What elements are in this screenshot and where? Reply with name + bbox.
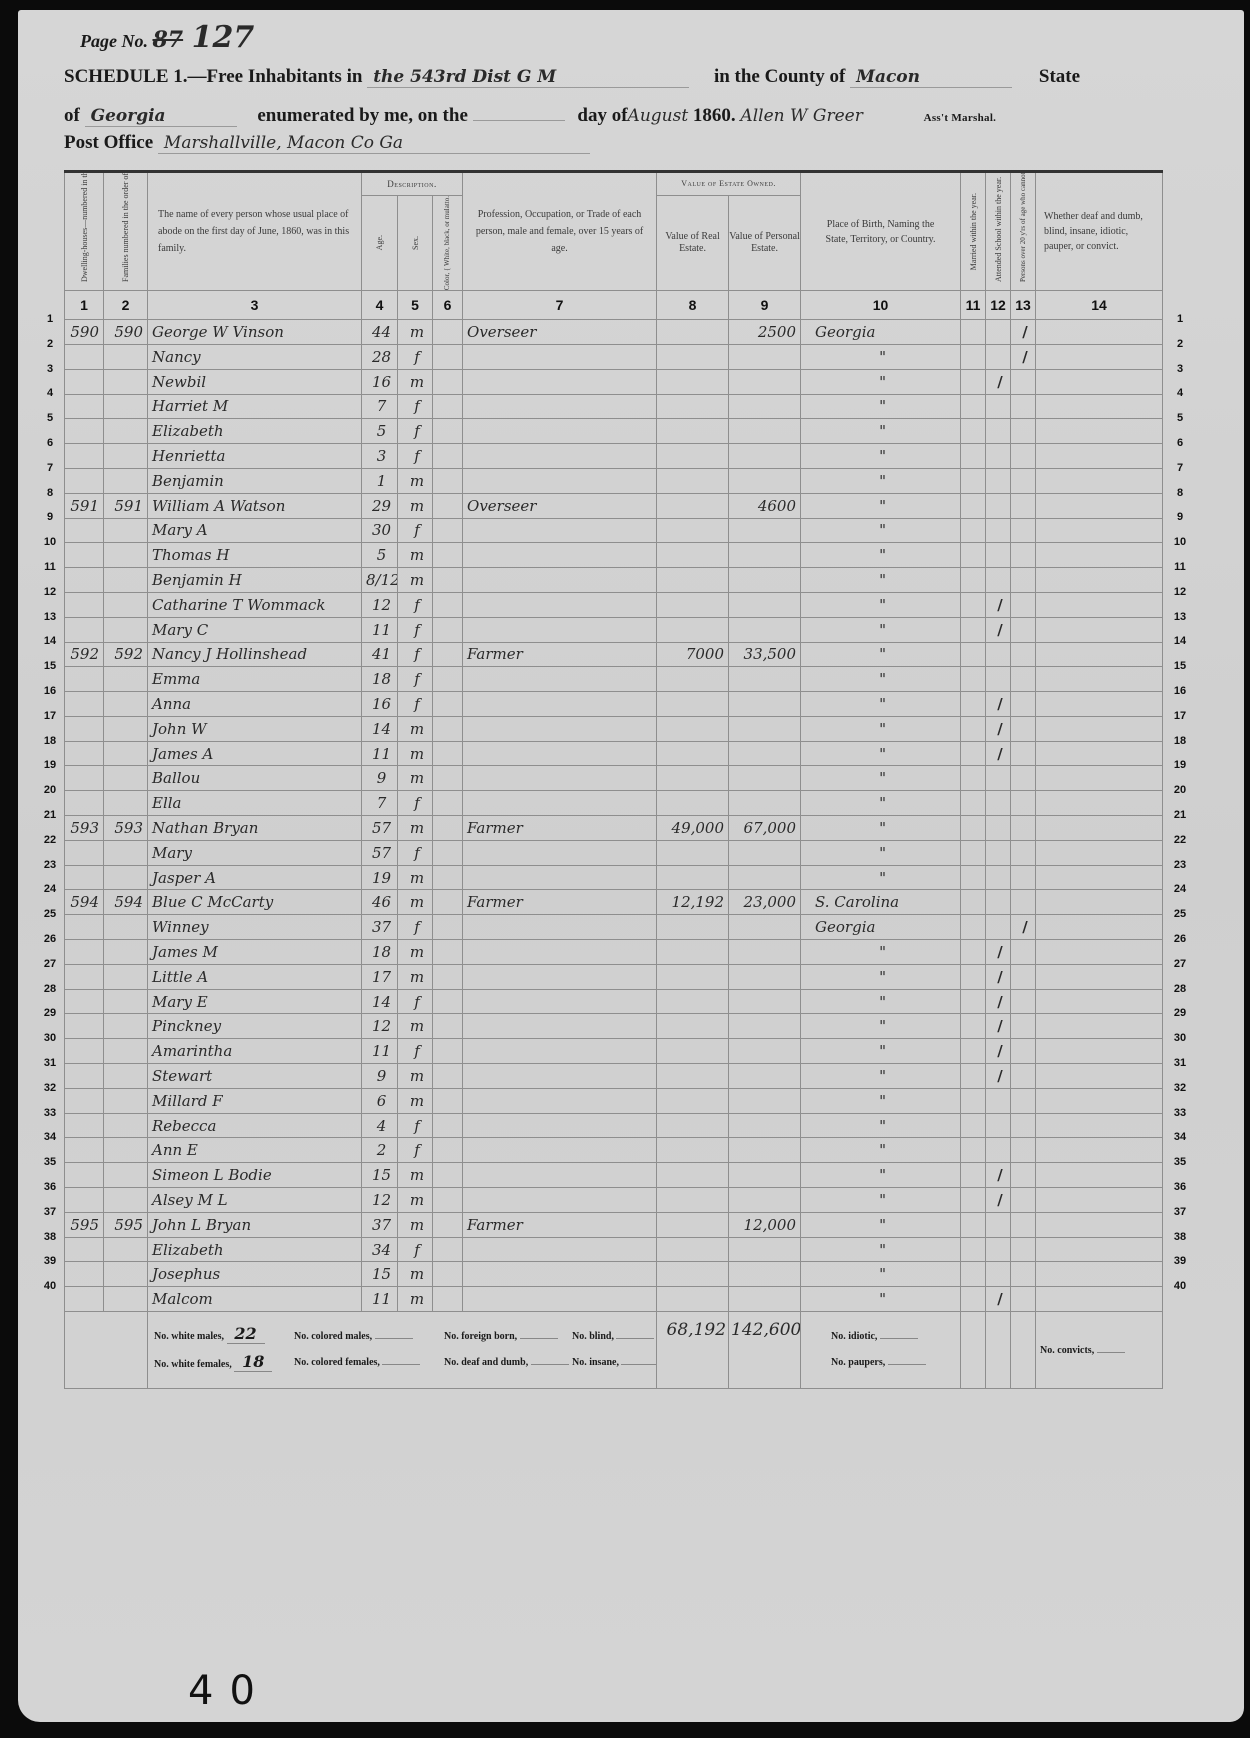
line-number: 9 <box>1168 511 1192 523</box>
birthplace: " <box>801 1237 961 1262</box>
occupation <box>463 543 657 568</box>
line-number: 32 <box>38 1082 62 1094</box>
family-number <box>104 964 148 989</box>
personal-estate-value <box>729 1138 801 1163</box>
attended-school: / <box>986 1163 1011 1188</box>
attended-school <box>986 1262 1011 1287</box>
birthplace: " <box>801 642 961 667</box>
birthplace: " <box>801 692 961 717</box>
occupation <box>463 1163 657 1188</box>
occupation <box>463 1039 657 1064</box>
real-estate-value <box>657 1088 729 1113</box>
cannot-read-write <box>1011 419 1036 444</box>
real-estate-value <box>657 592 729 617</box>
real-estate-value <box>657 518 729 543</box>
family-number <box>104 1237 148 1262</box>
dwelling-number <box>65 667 104 692</box>
disability <box>1036 642 1163 667</box>
foreign-born-label: No. foreign born, <box>444 1331 517 1342</box>
disability <box>1036 1014 1163 1039</box>
census-row: Malcom11m"/ <box>65 1287 1163 1312</box>
disability <box>1036 344 1163 369</box>
col-group-description: Description. <box>362 172 463 196</box>
personal-estate-value <box>729 1113 801 1138</box>
line-number: 4 <box>38 387 62 399</box>
line-number: 25 <box>38 908 62 920</box>
attended-school <box>986 642 1011 667</box>
line-number: 16 <box>1168 685 1192 697</box>
married-within-year <box>961 1163 986 1188</box>
real-estate-value <box>657 617 729 642</box>
birthplace: " <box>801 1039 961 1064</box>
sex: f <box>398 344 433 369</box>
birthplace: " <box>801 468 961 493</box>
age: 4 <box>362 1113 398 1138</box>
page-number: Page No. 87 127 <box>80 20 254 55</box>
real-estate-value <box>657 568 729 593</box>
person-name: Ballou <box>148 766 362 791</box>
dwelling-number <box>65 518 104 543</box>
line-number: 19 <box>38 759 62 771</box>
disability <box>1036 617 1163 642</box>
age: 37 <box>362 1212 398 1237</box>
disability <box>1036 592 1163 617</box>
column-number: 2 <box>104 291 148 320</box>
sex: m <box>398 568 433 593</box>
page-number-value: 127 <box>192 20 255 55</box>
line-number: 6 <box>1168 437 1192 449</box>
age: 11 <box>362 741 398 766</box>
personal-estate-value <box>729 1088 801 1113</box>
census-row: Mary57f" <box>65 840 1163 865</box>
sex: f <box>398 444 433 469</box>
family-number <box>104 692 148 717</box>
col-header-family: Families numbered in the order of visita… <box>104 172 148 291</box>
census-row: Ann E2f" <box>65 1138 1163 1163</box>
dwelling-number <box>65 1088 104 1113</box>
birthplace: " <box>801 1188 961 1213</box>
line-number: 35 <box>1168 1156 1192 1168</box>
white-females-count: 18 <box>234 1352 272 1372</box>
age: 18 <box>362 940 398 965</box>
sex: f <box>398 1113 433 1138</box>
attended-school <box>986 816 1011 841</box>
occupation <box>463 692 657 717</box>
col-header-married: Married within the year. <box>961 172 986 291</box>
attended-school <box>986 840 1011 865</box>
age: 5 <box>362 419 398 444</box>
birthplace: S. Carolina <box>801 890 961 915</box>
age: 15 <box>362 1262 398 1287</box>
disability <box>1036 915 1163 940</box>
handwritten-count-note: 40 <box>188 1668 271 1714</box>
person-name: Mary E <box>148 989 362 1014</box>
col-header-disability: Whether deaf and dumb, blind, insane, id… <box>1036 172 1163 291</box>
line-number: 36 <box>1168 1181 1192 1193</box>
white-males-count: 22 <box>227 1324 265 1344</box>
attended-school <box>986 766 1011 791</box>
birthplace: " <box>801 1113 961 1138</box>
family-number <box>104 716 148 741</box>
birthplace: " <box>801 1287 961 1312</box>
age: 28 <box>362 344 398 369</box>
sex: m <box>398 940 433 965</box>
color <box>433 568 463 593</box>
real-estate-value <box>657 716 729 741</box>
color <box>433 915 463 940</box>
line-number: 10 <box>1168 536 1192 548</box>
age: 8/12 <box>362 568 398 593</box>
age: 11 <box>362 617 398 642</box>
real-estate-value <box>657 865 729 890</box>
occupation <box>463 766 657 791</box>
census-row: Mary A30f" <box>65 518 1163 543</box>
line-number: 24 <box>38 883 62 895</box>
cannot-read-write <box>1011 493 1036 518</box>
age: 57 <box>362 840 398 865</box>
married-within-year <box>961 940 986 965</box>
personal-estate-value <box>729 419 801 444</box>
census-row: Simeon L Bodie15m"/ <box>65 1163 1163 1188</box>
family-number <box>104 568 148 593</box>
real-estate-value <box>657 1113 729 1138</box>
married-within-year <box>961 989 986 1014</box>
person-name: Henrietta <box>148 444 362 469</box>
family-number <box>104 468 148 493</box>
idiotic-label: No. idiotic, <box>831 1331 877 1342</box>
real-estate-value <box>657 692 729 717</box>
birthplace: " <box>801 617 961 642</box>
census-row: 590590George W Vinson44mOverseer2500Geor… <box>65 320 1163 345</box>
family-number: 595 <box>104 1212 148 1237</box>
person-name: Harriet M <box>148 394 362 419</box>
attended-school <box>986 320 1011 345</box>
attended-school <box>986 1237 1011 1262</box>
line-number: 7 <box>38 462 62 474</box>
enumerated-label: enumerated by me, on the <box>257 105 468 126</box>
disability <box>1036 518 1163 543</box>
family-number: 591 <box>104 493 148 518</box>
cannot-read-write: / <box>1011 320 1036 345</box>
state-field: Georgia <box>85 106 237 127</box>
family-number <box>104 444 148 469</box>
census-row: Ella7f" <box>65 791 1163 816</box>
line-number: 13 <box>38 611 62 623</box>
occupation <box>463 865 657 890</box>
dwelling-number <box>65 1138 104 1163</box>
birthplace: " <box>801 1088 961 1113</box>
occupation <box>463 1064 657 1089</box>
dwelling-number: 592 <box>65 642 104 667</box>
dwelling-number <box>65 840 104 865</box>
married-within-year <box>961 915 986 940</box>
line-number: 19 <box>1168 759 1192 771</box>
line-number: 23 <box>38 859 62 871</box>
personal-estate-value: 33,500 <box>729 642 801 667</box>
color <box>433 617 463 642</box>
census-row: Mary E14f"/ <box>65 989 1163 1014</box>
birthplace: " <box>801 1014 961 1039</box>
cannot-read-write <box>1011 840 1036 865</box>
person-name: Mary <box>148 840 362 865</box>
family-number <box>104 1014 148 1039</box>
married-within-year <box>961 766 986 791</box>
birthplace: " <box>801 543 961 568</box>
line-number: 16 <box>38 685 62 697</box>
occupation <box>463 989 657 1014</box>
dwelling-number <box>65 1237 104 1262</box>
family-number <box>104 667 148 692</box>
line-number: 14 <box>1168 635 1192 647</box>
occupation <box>463 1138 657 1163</box>
colored-males-label: No. colored males, <box>294 1331 372 1342</box>
col-group-estate: Value of Estate Owned. <box>657 172 801 196</box>
cannot-read-write: / <box>1011 915 1036 940</box>
person-name: Jasper A <box>148 865 362 890</box>
real-estate-value <box>657 791 729 816</box>
post-office-label: Post Office <box>64 132 153 153</box>
post-office-line: Post Office Marshallville, Macon Co Ga <box>64 132 590 154</box>
disability <box>1036 1113 1163 1138</box>
disability <box>1036 791 1163 816</box>
line-number: 22 <box>38 834 62 846</box>
married-within-year <box>961 1262 986 1287</box>
disability <box>1036 1237 1163 1262</box>
cannot-read-write <box>1011 1237 1036 1262</box>
person-name: Elizabeth <box>148 1237 362 1262</box>
color <box>433 816 463 841</box>
color <box>433 1287 463 1312</box>
birthplace: " <box>801 840 961 865</box>
line-number: 34 <box>38 1131 62 1143</box>
person-name: Nathan Bryan <box>148 816 362 841</box>
line-number: 40 <box>38 1280 62 1292</box>
birthplace: " <box>801 816 961 841</box>
sex: m <box>398 1088 433 1113</box>
occupation <box>463 617 657 642</box>
post-office-field: Marshallville, Macon Co Ga <box>158 133 590 154</box>
married-within-year <box>961 667 986 692</box>
sex: f <box>398 1237 433 1262</box>
married-within-year <box>961 1138 986 1163</box>
color <box>433 493 463 518</box>
person-name: Anna <box>148 692 362 717</box>
census-row: Elizabeth34f" <box>65 1237 1163 1262</box>
page-number-struck: 87 <box>152 27 183 53</box>
cannot-read-write <box>1011 964 1036 989</box>
dwelling-number <box>65 1064 104 1089</box>
birthplace: Georgia <box>801 915 961 940</box>
color <box>433 1262 463 1287</box>
birthplace: " <box>801 716 961 741</box>
column-number: 11 <box>961 291 986 320</box>
age: 12 <box>362 1014 398 1039</box>
sex: m <box>398 493 433 518</box>
birthplace: " <box>801 865 961 890</box>
cannot-read-write <box>1011 1064 1036 1089</box>
married-within-year <box>961 444 986 469</box>
attended-school: / <box>986 964 1011 989</box>
age: 34 <box>362 1237 398 1262</box>
disability <box>1036 1039 1163 1064</box>
disability <box>1036 1088 1163 1113</box>
disability <box>1036 320 1163 345</box>
real-estate-value: 7000 <box>657 642 729 667</box>
line-number: 24 <box>1168 883 1192 895</box>
sex: m <box>398 1188 433 1213</box>
married-within-year <box>961 865 986 890</box>
birthplace: " <box>801 394 961 419</box>
real-estate-value <box>657 1237 729 1262</box>
blind-label: No. blind, <box>572 1331 614 1342</box>
attended-school: / <box>986 940 1011 965</box>
person-name: Emma <box>148 667 362 692</box>
sex: m <box>398 964 433 989</box>
color <box>433 468 463 493</box>
color <box>433 791 463 816</box>
married-within-year <box>961 1237 986 1262</box>
color <box>433 592 463 617</box>
married-within-year <box>961 716 986 741</box>
occupation: Farmer <box>463 816 657 841</box>
col-header-color: Color, { White, black, or mulatto. <box>433 196 463 291</box>
census-row: Newbil16m"/ <box>65 369 1163 394</box>
line-number: 10 <box>38 536 62 548</box>
line-number: 39 <box>1168 1255 1192 1267</box>
disability <box>1036 840 1163 865</box>
married-within-year <box>961 816 986 841</box>
cannot-read-write <box>1011 1212 1036 1237</box>
disability <box>1036 1287 1163 1312</box>
occupation <box>463 1237 657 1262</box>
census-row: Elizabeth5f" <box>65 419 1163 444</box>
color <box>433 1163 463 1188</box>
attended-school <box>986 865 1011 890</box>
birthplace: " <box>801 568 961 593</box>
line-number: 29 <box>1168 1007 1192 1019</box>
day-of-label: day of <box>577 105 627 126</box>
census-table: Dwelling-houses—numbered in the order of… <box>64 170 1163 1389</box>
birthplace: " <box>801 444 961 469</box>
age: 46 <box>362 890 398 915</box>
person-name: Amarintha <box>148 1039 362 1064</box>
dwelling-number <box>65 940 104 965</box>
cannot-read-write <box>1011 667 1036 692</box>
real-estate-value <box>657 543 729 568</box>
real-estate-value <box>657 1014 729 1039</box>
dwelling-number <box>65 741 104 766</box>
cannot-read-write <box>1011 1088 1036 1113</box>
cannot-read-write <box>1011 1262 1036 1287</box>
line-number: 18 <box>38 735 62 747</box>
disability <box>1036 890 1163 915</box>
color <box>433 344 463 369</box>
column-number: 13 <box>1011 291 1036 320</box>
disability <box>1036 419 1163 444</box>
summary-convicts: No. convicts, <box>1036 1312 1163 1389</box>
real-estate-value <box>657 320 729 345</box>
age: 7 <box>362 394 398 419</box>
personal-estate-value <box>729 1014 801 1039</box>
birthplace: " <box>801 592 961 617</box>
family-number <box>104 1287 148 1312</box>
color <box>433 989 463 1014</box>
attended-school: / <box>986 716 1011 741</box>
age: 11 <box>362 1287 398 1312</box>
sex: f <box>398 617 433 642</box>
family-number: 590 <box>104 320 148 345</box>
census-row: Rebecca4f" <box>65 1113 1163 1138</box>
married-within-year <box>961 518 986 543</box>
col-header-sex: Sex. <box>398 196 433 291</box>
attended-school <box>986 791 1011 816</box>
col-header-dwelling: Dwelling-houses—numbered in the order of… <box>65 172 104 291</box>
summary-counts: No. white males, 22 No. white females, 1… <box>148 1312 657 1389</box>
married-within-year <box>961 543 986 568</box>
attended-school <box>986 667 1011 692</box>
personal-estate-value <box>729 1064 801 1089</box>
real-estate-value <box>657 964 729 989</box>
line-number: 22 <box>1168 834 1192 846</box>
married-within-year <box>961 1088 986 1113</box>
family-number <box>104 915 148 940</box>
sex: m <box>398 716 433 741</box>
sex: m <box>398 320 433 345</box>
age: 19 <box>362 865 398 890</box>
column-number: 12 <box>986 291 1011 320</box>
married-within-year <box>961 493 986 518</box>
personal-estate-value <box>729 1163 801 1188</box>
col-header-birthplace: Place of Birth, Naming the State, Territ… <box>801 172 961 291</box>
personal-estate-value <box>729 444 801 469</box>
summary-row: No. white males, 22 No. white females, 1… <box>65 1312 1163 1389</box>
disability <box>1036 444 1163 469</box>
color <box>433 741 463 766</box>
disability <box>1036 940 1163 965</box>
column-number: 4 <box>362 291 398 320</box>
cannot-read-write <box>1011 766 1036 791</box>
personal-estate-value <box>729 741 801 766</box>
line-number: 30 <box>38 1032 62 1044</box>
cannot-read-write <box>1011 543 1036 568</box>
occupation <box>463 716 657 741</box>
line-number: 20 <box>38 784 62 796</box>
color <box>433 1088 463 1113</box>
person-name: Simeon L Bodie <box>148 1163 362 1188</box>
personal-estate-value <box>729 915 801 940</box>
line-number: 23 <box>1168 859 1192 871</box>
census-row: 595595John L Bryan37mFarmer12,000" <box>65 1212 1163 1237</box>
real-estate-value <box>657 369 729 394</box>
person-name: Benjamin H <box>148 568 362 593</box>
attended-school <box>986 1138 1011 1163</box>
disability <box>1036 1212 1163 1237</box>
occupation <box>463 840 657 865</box>
family-number <box>104 1163 148 1188</box>
occupation: Farmer <box>463 642 657 667</box>
line-number: 21 <box>1168 809 1192 821</box>
occupation: Farmer <box>463 890 657 915</box>
disability <box>1036 766 1163 791</box>
color <box>433 518 463 543</box>
personal-estate-value <box>729 468 801 493</box>
personal-estate-value <box>729 766 801 791</box>
family-number <box>104 1188 148 1213</box>
sex: f <box>398 840 433 865</box>
color <box>433 543 463 568</box>
column-number: 3 <box>148 291 362 320</box>
line-number: 27 <box>38 958 62 970</box>
